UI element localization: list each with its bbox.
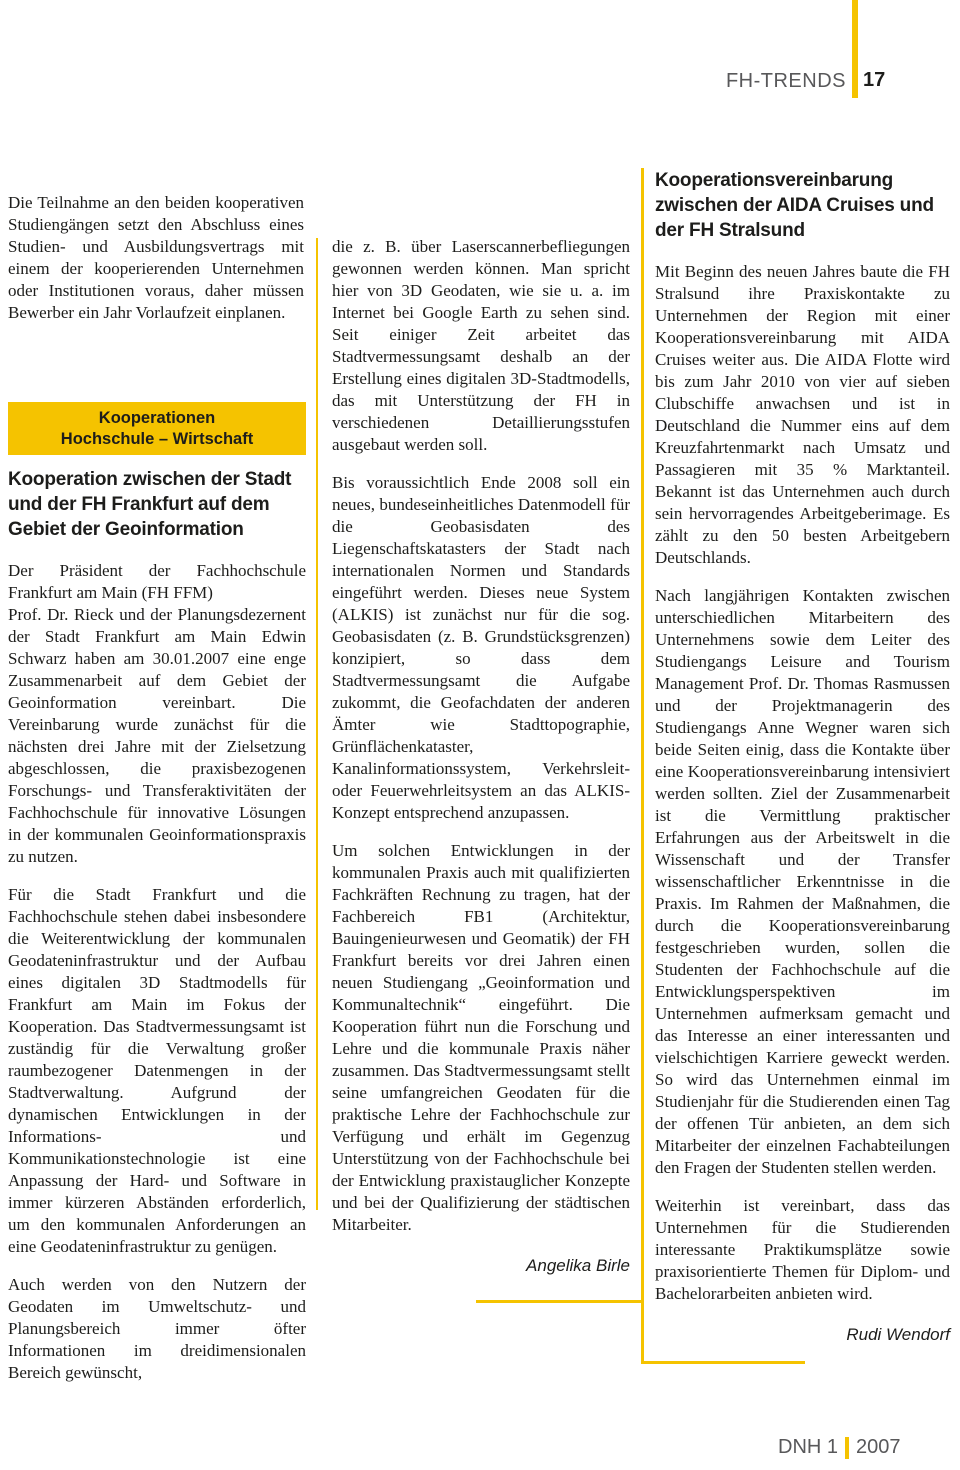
right-column: Kooperationsvereinbarung zwischen der AI…	[655, 168, 950, 1345]
article-title-geoinformation: Kooperation zwischen der Stadt und der F…	[8, 467, 306, 542]
body-paragraph: Die Teilnahme an den beiden kooperativen…	[8, 192, 304, 324]
author-signature: Angelika Birle	[332, 1256, 630, 1276]
body-paragraph: Weiterhin ist vereinbart, dass das Unter…	[655, 1195, 950, 1305]
column-divider-middle-right	[641, 168, 644, 1364]
body-paragraph: die z. B. über Laserscannerbefliegungen …	[332, 236, 630, 456]
category-box: Kooperationen Hochschule – Wirtschaft	[8, 402, 306, 455]
body-paragraph: Nach langjährigen Kontakten zwischen unt…	[655, 585, 950, 1179]
left-column-article: Kooperation zwischen der Stadt und der F…	[8, 467, 306, 1400]
body-paragraph: Bis voraussichtlich Ende 2008 soll ein n…	[332, 472, 630, 824]
footer-divider-bar	[845, 1437, 849, 1459]
masthead-section-label: FH-TRENDS	[540, 70, 846, 93]
body-paragraph: Prof. Dr. Rieck und der Planungsdezernen…	[8, 604, 306, 868]
article-end-rule-middle	[476, 1300, 641, 1303]
column-divider-left-middle	[316, 238, 318, 1210]
article-title-aida-cruises: Kooperationsvereinbarung zwischen der AI…	[655, 168, 950, 243]
category-box-line1: Kooperationen	[8, 408, 306, 429]
footer-journal-issue: DNH 1	[778, 1436, 838, 1459]
footer-year: 2007	[856, 1436, 901, 1459]
middle-column: die z. B. über Laserscannerbefliegungen …	[332, 236, 630, 1276]
body-paragraph: Auch werden von den Nutzern der Geodaten…	[8, 1274, 306, 1384]
article-end-rule-right	[644, 1361, 805, 1364]
page-number: 17	[863, 69, 885, 92]
author-signature: Rudi Wendorf	[655, 1325, 950, 1345]
body-paragraph: Für die Stadt Frankfurt und die Fachhoch…	[8, 884, 306, 1258]
body-paragraph: Um solchen Entwicklungen in der kommunal…	[332, 840, 630, 1236]
magazine-page: FH-TRENDS 17 Die Teilnahme an den beiden…	[0, 0, 960, 1470]
masthead-accent-bar	[852, 0, 858, 98]
body-paragraph: Mit Beginn des neuen Jahres baute die FH…	[655, 261, 950, 569]
page-footer: DNH 1 2007	[778, 1436, 901, 1459]
category-box-line2: Hochschule – Wirtschaft	[8, 429, 306, 450]
body-paragraph: Der Präsident der Fachhochschule Frankfu…	[8, 560, 306, 604]
left-column-intro: Die Teilnahme an den beiden kooperativen…	[8, 192, 304, 340]
